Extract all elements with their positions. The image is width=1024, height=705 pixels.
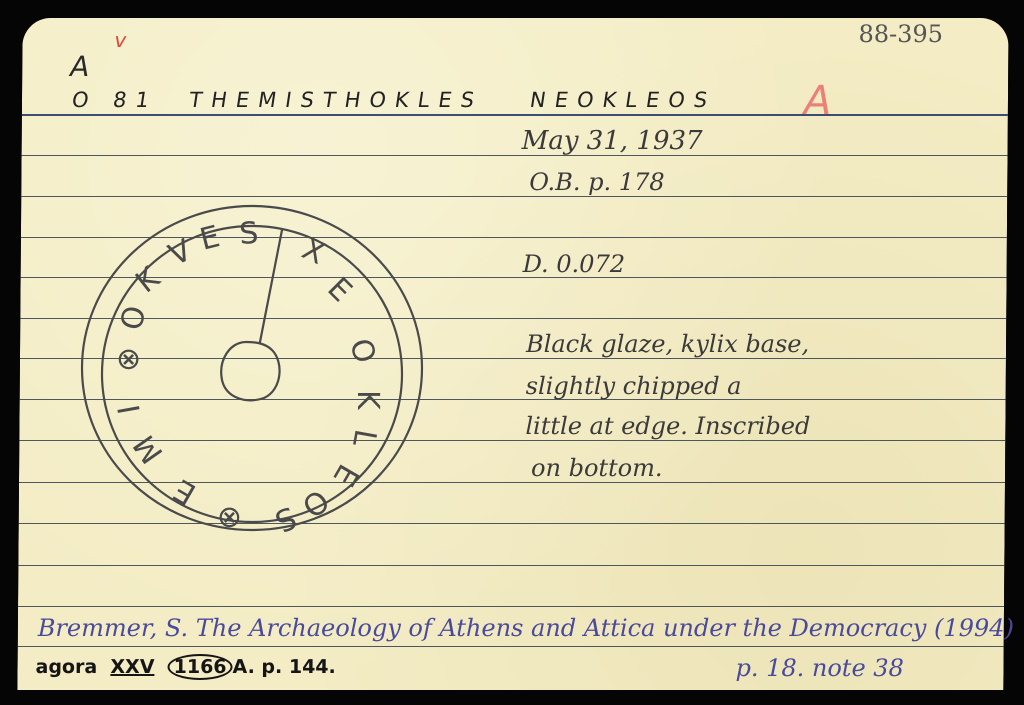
bibliography-page: p. 18. note 38 — [735, 654, 904, 682]
description-line: little at edge. Inscribed — [525, 412, 810, 440]
ruling-line — [22, 155, 1008, 156]
svg-text:E: E — [168, 472, 202, 512]
red-grade-mark: A — [804, 78, 832, 124]
description-line: on bottom. — [531, 454, 663, 482]
center-boss — [221, 342, 279, 400]
svg-text:L: L — [345, 427, 382, 450]
svg-text:E: E — [196, 219, 223, 258]
svg-text:S: S — [269, 499, 301, 539]
svg-text:K: K — [129, 260, 167, 301]
ruling-line — [18, 565, 1004, 566]
agora-volume: XXV — [110, 656, 154, 678]
description-line: slightly chipped a — [526, 372, 742, 400]
svg-text:I: I — [112, 402, 148, 417]
svg-text:E: E — [320, 271, 358, 309]
red-check-mark: v — [114, 28, 126, 52]
title-name-second: NEOKLEOS — [528, 88, 718, 112]
svg-text:O: O — [295, 482, 336, 524]
header-rule — [22, 114, 1008, 116]
svg-text:K: K — [350, 390, 385, 411]
svg-text:E: E — [326, 458, 366, 492]
find-date: May 31, 1937 — [522, 126, 703, 156]
base-sketch-drawing: K V E S X E O K L E O S ⊗ E M I ⊗ O — [60, 192, 440, 552]
title-name-first: THEMISTHOKLES — [188, 88, 485, 112]
svg-text:X: X — [297, 232, 330, 272]
agora-label: agora — [35, 656, 97, 678]
agora-number: 1166 — [168, 654, 233, 680]
diameter: D. 0.072 — [523, 250, 626, 278]
notebook-reference: O.B. p. 178 — [529, 168, 664, 196]
corner-mark: A — [70, 50, 89, 83]
bibliography-citation: Bremmer, S. The Archaeology of Athens an… — [38, 614, 1014, 642]
title-prefix: O 81 — [70, 88, 159, 112]
svg-text:O: O — [114, 302, 154, 334]
svg-text:⊗: ⊗ — [217, 500, 242, 535]
catalog-number: 88-395 — [858, 20, 943, 48]
svg-text:⊗: ⊗ — [111, 347, 146, 372]
ruling-line — [18, 606, 1004, 607]
agora-reference: agora XXV 1166A. p. 144. — [35, 654, 335, 680]
svg-text:S: S — [238, 216, 259, 252]
description-line: Black glaze, kylix base, — [526, 330, 809, 358]
svg-text:O: O — [342, 335, 382, 367]
card-title: O 81 THEMISTHOKLES NEOKLEOS — [70, 88, 718, 112]
agora-suffix: A. p. 144. — [233, 656, 336, 678]
ruling-line — [18, 646, 1004, 647]
